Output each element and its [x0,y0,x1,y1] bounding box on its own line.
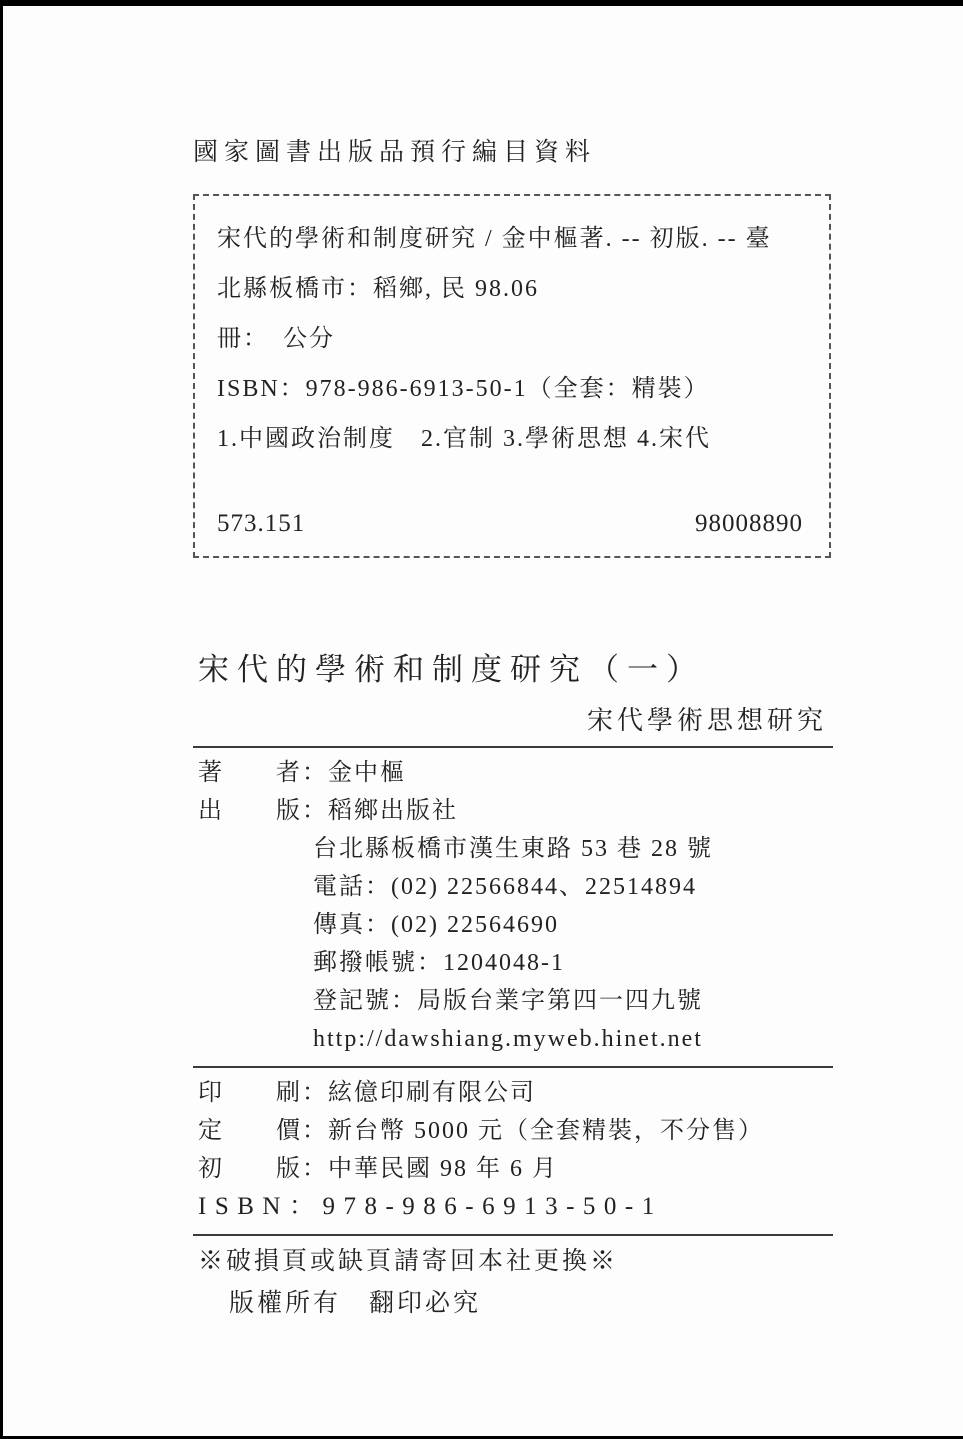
author-row: 著 者：金中樞 [198,754,833,792]
postal-account: 郵撥帳號：1204048-1 [313,944,833,982]
divider [193,1234,833,1236]
cip-header: 國家圖書出版品預行編目資料 [193,136,833,170]
cip-bottom-row: 573.151 98008890 [217,508,809,540]
printer-row: 印 刷：絃億印刷有限公司 [198,1074,833,1112]
cip-box: 宋代的學術和制度研究 / 金中樞著. -- 初版. -- 臺 北縣板橋市：稻鄉,… [193,194,831,558]
cip-record-number: 98008890 [695,508,803,540]
registration-number: 登記號：局版台業字第四一四九號 [313,982,833,1020]
cip-class-number: 573.151 [217,508,305,540]
copyright-notice: 版權所有 翻印必究 [229,1286,833,1322]
edition-row: 初 版：中華民國 98 年 6 月 [198,1150,833,1188]
publisher-url: http://dawshiang.myweb.hinet.net [313,1020,833,1058]
damage-notice: ※破損頁或缺頁請寄回本社更換※ [198,1244,833,1280]
price-row: 定 價：新台幣 5000 元（全套精裝，不分售） [198,1112,833,1150]
publisher-phone: 電話：(02) 22566844、22514894 [313,868,833,906]
publisher-row: 出 版：稻鄉出版社 [198,792,833,830]
cip-line: ISBN：978-986-6913-50-1（全套：精裝） [217,364,809,414]
cip-line: 1.中國政治制度 2.官制 3.學術思想 4.宋代 [217,414,809,464]
publisher-address: 台北縣板橋市漢生東路 53 巷 28 號 [313,830,833,868]
cip-line: 冊： 公分 [217,314,809,364]
isbn-row: ISBN：978-986-6913-50-1 [198,1188,833,1226]
divider [193,1066,833,1068]
book-subtitle: 宋代學術思想研究 [193,704,833,738]
cip-line: 北縣板橋市：稻鄉, 民 98.06 [217,264,809,314]
cip-line: 宋代的學術和制度研究 / 金中樞著. -- 初版. -- 臺 [217,214,809,264]
scanned-colophon-page: 國家圖書出版品預行編目資料 宋代的學術和制度研究 / 金中樞著. -- 初版. … [0,0,963,1439]
page-content: 國家圖書出版品預行編目資料 宋代的學術和制度研究 / 金中樞著. -- 初版. … [193,136,833,1322]
publisher-fax: 傳真：(02) 22564690 [313,906,833,944]
book-title: 宋代的學術和制度研究（一） [198,650,833,690]
divider [193,746,833,748]
